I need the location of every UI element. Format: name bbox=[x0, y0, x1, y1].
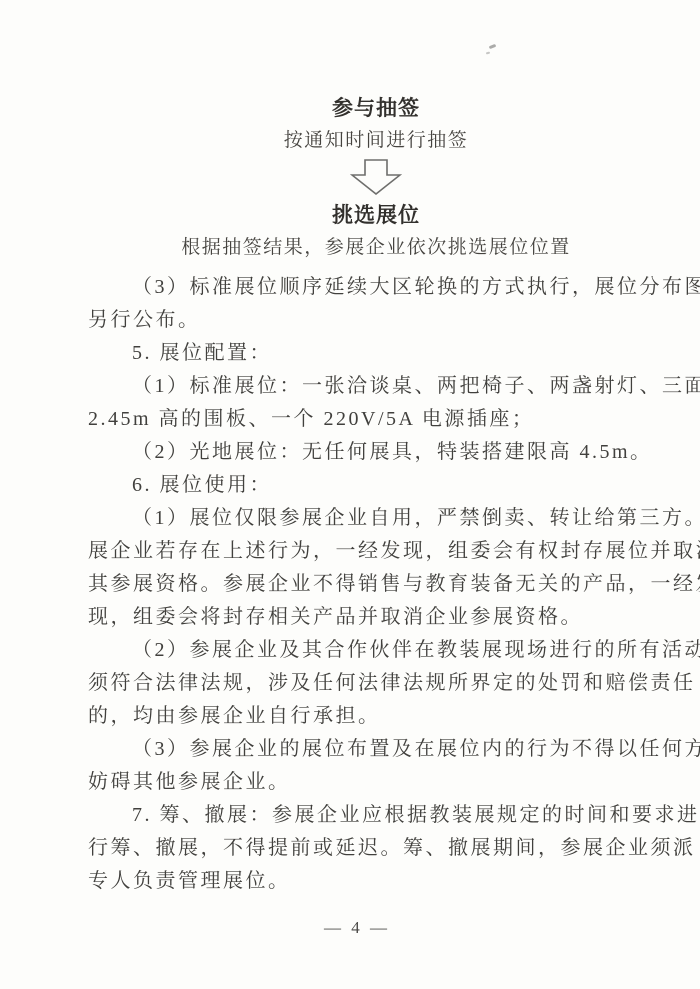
text-line: （1）展位仅限参展企业自用，严禁倒卖、转让给第三方。参 bbox=[88, 502, 666, 535]
text-line: 其参展资格。参展企业不得销售与教育装备无关的产品，一经发 bbox=[88, 568, 666, 601]
text-line: （3）标准展位顺序延续大区轮换的方式执行，展位分布图 bbox=[88, 271, 666, 304]
scan-artifact bbox=[486, 44, 498, 58]
text-line: 5. 展位配置： bbox=[88, 337, 666, 370]
flow-step1-title: 参与抽签 bbox=[26, 94, 700, 122]
flow-step2-title: 挑选展位 bbox=[26, 201, 700, 229]
text-line: 的，均由参展企业自行承担。 bbox=[88, 700, 666, 733]
document-page: 参与抽签 按通知时间进行抽签 挑选展位 根据抽签结果，参展企业依次挑选展位位置 … bbox=[0, 0, 700, 989]
text-line: 须符合法律法规，涉及任何法律法规所界定的处罚和赔偿责任 bbox=[88, 667, 666, 700]
text-line: 另行公布。 bbox=[88, 304, 666, 337]
page-number: — 4 — bbox=[7, 918, 700, 938]
text-line: 行筹、撤展，不得提前或延迟。筹、撤展期间，参展企业须派 bbox=[88, 832, 666, 865]
text-line: 展企业若存在上述行为，一经发现，组委会有权封存展位并取消 bbox=[88, 535, 666, 568]
down-block-arrow-icon bbox=[26, 159, 700, 195]
text-line: （2）光地展位：无任何展具，特装搭建限高 4.5m。 bbox=[88, 436, 666, 469]
text-line: 7. 筹、撤展：参展企业应根据教装展规定的时间和要求进 bbox=[88, 799, 666, 832]
flow-step1-desc: 按通知时间进行抽签 bbox=[26, 128, 700, 154]
text-line: （2）参展企业及其合作伙伴在教装展现场进行的所有活动均 bbox=[88, 634, 666, 667]
text-line: （1）标准展位：一张洽谈桌、两把椅子、两盏射灯、三面 bbox=[88, 370, 666, 403]
text-line: 妨碍其他参展企业。 bbox=[88, 766, 666, 799]
text-line: （3）参展企业的展位布置及在展位内的行为不得以任何方式 bbox=[88, 733, 666, 766]
text-line: 6. 展位使用： bbox=[88, 469, 666, 502]
text-line: 专人负责管理展位。 bbox=[88, 865, 666, 898]
text-line: 现，组委会将封存相关产品并取消企业参展资格。 bbox=[88, 601, 666, 634]
flowchart: 参与抽签 按通知时间进行抽签 挑选展位 根据抽签结果，参展企业依次挑选展位位置 bbox=[26, 94, 700, 261]
flow-step2-desc: 根据抽签结果，参展企业依次挑选展位位置 bbox=[26, 235, 700, 261]
text-line: 2.45m 高的围板、一个 220V/5A 电源插座； bbox=[88, 403, 666, 436]
document-body: （3）标准展位顺序延续大区轮换的方式执行，展位分布图 另行公布。 5. 展位配置… bbox=[0, 271, 700, 898]
